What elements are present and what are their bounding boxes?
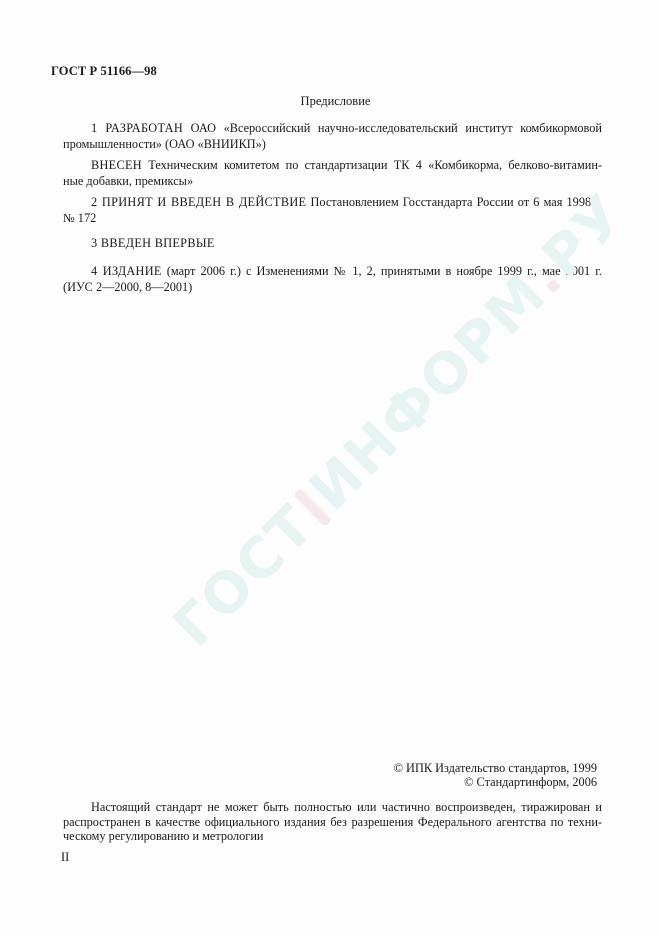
notice-line: ческому регулированию и метрологии [63, 829, 602, 844]
paragraph-line: 1 РАЗРАБОТАН ОАО «Всероссийский научно-и… [63, 120, 602, 136]
paragraph-line: № 172 [63, 210, 602, 226]
page-number: II [61, 850, 69, 865]
paragraph-first-introduced: 3 ВВЕДЕН ВПЕРВЫЕ [63, 235, 602, 251]
document-page: ГОСТ Р 51166—98 Предисловие 1 РАЗРАБОТАН… [0, 0, 661, 936]
copyright-line: © Стандартинформ, 2006 [394, 775, 597, 789]
paragraph-text: Постановлением Госстандарта России от 6 … [306, 195, 602, 209]
paragraph-developed-by: 1 РАЗРАБОТАН ОАО «Всероссийский научно-и… [63, 120, 602, 152]
paragraph-edition: 4 ИЗДАНИЕ (март 2006 г.) с Изменениями №… [63, 263, 602, 295]
paragraph-line: (ИУС 2—2000, 8—2001) [63, 279, 602, 295]
paragraph-lead: 3 ВВЕДЕН ВПЕРВЫЕ [91, 236, 215, 250]
paragraph-line: 4 ИЗДАНИЕ (март 2006 г.) с Изменениями №… [63, 263, 602, 279]
paragraph-line: ВНЕСЕН Техническим комитетом по стандарт… [63, 157, 602, 173]
paragraph-text: (март 2006 г.) с Изменениями № 1, 2, при… [162, 264, 602, 278]
notice-line: Настоящий стандарт не может быть полност… [63, 800, 602, 815]
section-title: Предисловие [0, 94, 661, 109]
paragraph-line: ные добавки, премиксы» [63, 173, 602, 189]
watermark-text-right: ИНФОРМ [297, 261, 559, 523]
watermark: ГОСТ ИНФОРМ . РУ [163, 283, 538, 658]
reproduction-notice: Настоящий стандарт не может быть полност… [63, 800, 602, 844]
paragraph-line: 2 ПРИНЯТ И ВВЕДЕН В ДЕЙСТВИЕ Постановлен… [63, 194, 602, 210]
paragraph-lead: ВНЕСЕН [91, 158, 142, 172]
paragraph-line: промышленности» (ОАО «ВНИИКП») [63, 136, 602, 152]
document-code: ГОСТ Р 51166—98 [51, 64, 157, 79]
paragraph-line: 3 ВВЕДЕН ВПЕРВЫЕ [63, 235, 602, 251]
paragraph-lead: 1 РАЗРАБОТАН [91, 121, 183, 135]
notice-line: распространен в качестве официального из… [63, 815, 602, 830]
paragraph-introduced-by: ВНЕСЕН Техническим комитетом по стандарт… [63, 157, 602, 189]
watermark-text-left: ГОСТ [161, 493, 328, 660]
paragraph-text: Техническим комитетом по стандартизации … [142, 158, 602, 172]
document-icon [292, 488, 332, 528]
paragraph-lead: 2 ПРИНЯТ И ВВЕДЕН В ДЕЙСТВИЕ [91, 195, 306, 209]
copyright-block: © ИПК Издательство стандартов, 1999 © Ст… [394, 761, 597, 789]
paragraph-adopted: 2 ПРИНЯТ И ВВЕДЕН В ДЕЙСТВИЕ Постановлен… [63, 194, 602, 226]
paragraph-text: ОАО «Всероссийский научно-исследовательс… [183, 121, 602, 135]
paragraph-lead: 4 ИЗДАНИЕ [91, 264, 162, 278]
copyright-line: © ИПК Издательство стандартов, 1999 [394, 761, 597, 775]
